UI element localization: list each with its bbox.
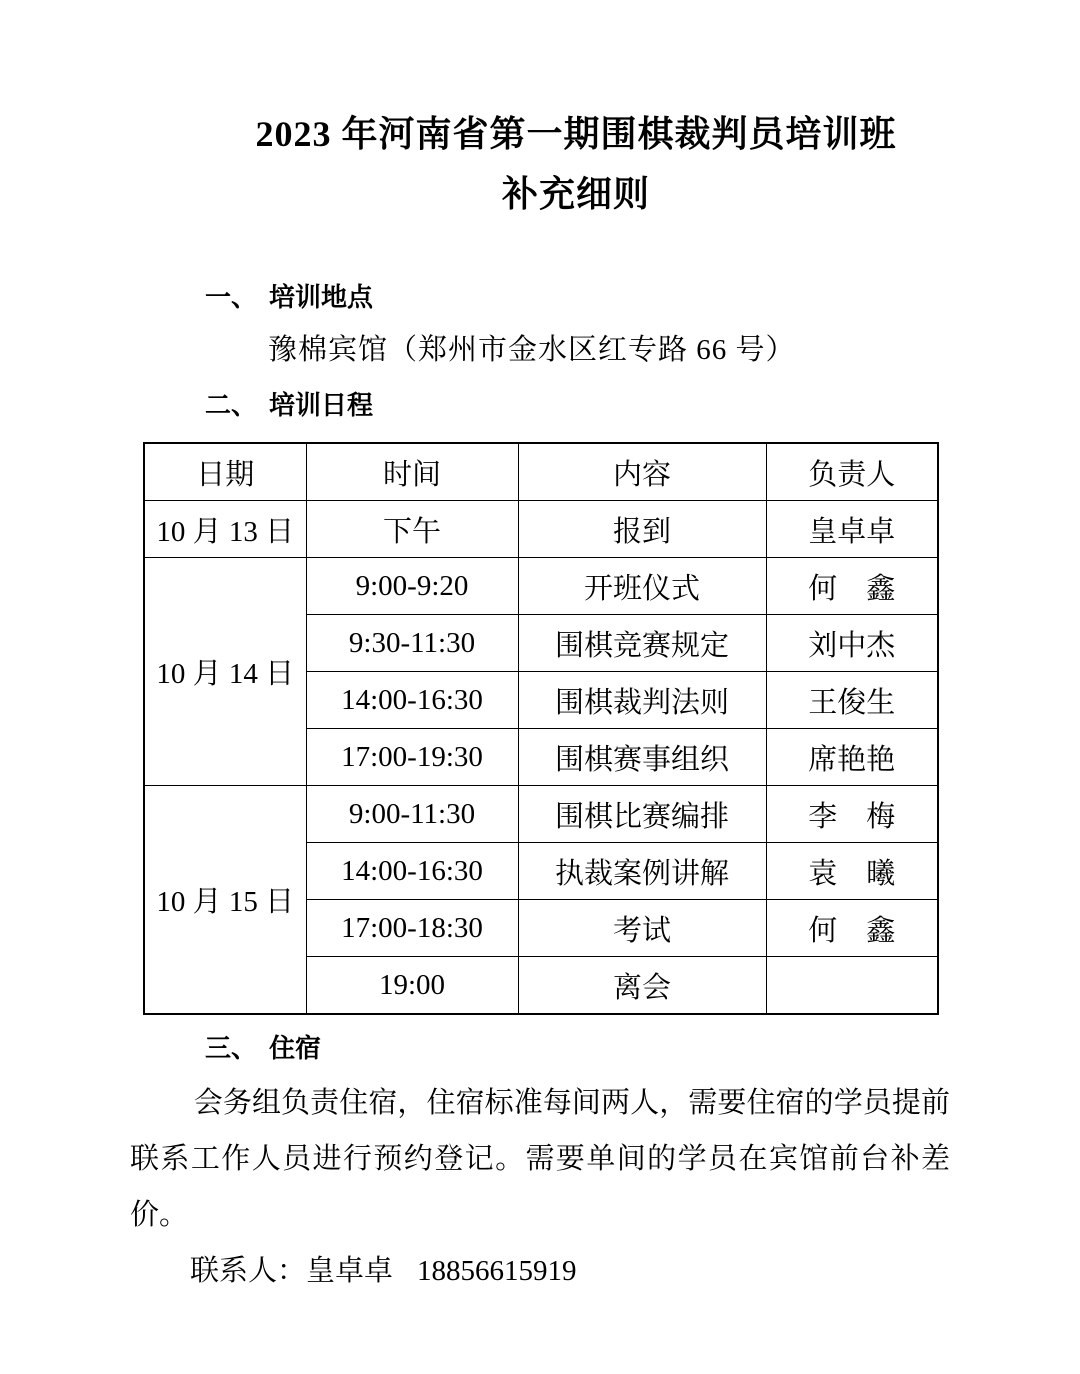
document-title: 2023 年河南省第一期围棋裁判员培训班 补充细则 — [130, 104, 950, 224]
person-cell: 席艳艳 — [766, 729, 938, 786]
section-2-number: 二、 — [205, 391, 257, 420]
person-cell: 袁 曦 — [766, 843, 938, 900]
content-cell: 离会 — [518, 957, 766, 1015]
section-2-label: 培训日程 — [269, 391, 373, 420]
content-cell: 执裁案例讲解 — [518, 843, 766, 900]
time-cell: 下午 — [306, 501, 518, 558]
section-3-number: 三、 — [205, 1034, 257, 1063]
accommodation-paragraph: 会务组负责住宿，住宿标准每间两人，需要住宿的学员提前联系工作人员进行预约登记。需… — [130, 1075, 950, 1243]
schedule-table: 日期 时间 内容 负责人 10 月 13 日 下午 报到 皇卓卓 10 月 14… — [143, 442, 939, 1015]
person-cell: 何 鑫 — [766, 558, 938, 615]
schedule-row: 10 月 15 日 9:00-11:30 围棋比赛编排 李 梅 — [144, 786, 938, 843]
contact-phone: 18856615919 — [417, 1255, 577, 1287]
time-cell: 14:00-16:30 — [306, 843, 518, 900]
time-cell: 14:00-16:30 — [306, 672, 518, 729]
section-3-heading: 三、住宿 — [205, 1031, 950, 1067]
time-cell: 17:00-19:30 — [306, 729, 518, 786]
document-page: 2023 年河南省第一期围棋裁判员培训班 补充细则 一、培训地点 豫棉宾馆（郑州… — [0, 0, 1080, 1374]
person-cell: 王俊生 — [766, 672, 938, 729]
column-header-person: 负责人 — [766, 443, 938, 501]
section-1-heading: 一、培训地点 — [205, 280, 950, 316]
section-3-label: 住宿 — [269, 1034, 321, 1063]
person-cell — [766, 957, 938, 1015]
schedule-table-wrapper: 日期 时间 内容 负责人 10 月 13 日 下午 报到 皇卓卓 10 月 14… — [143, 442, 950, 1015]
schedule-header-row: 日期 时间 内容 负责人 — [144, 443, 938, 501]
content-cell: 考试 — [518, 900, 766, 957]
contact-label: 联系人： — [190, 1255, 306, 1287]
title-line-2: 补充细则 — [202, 164, 950, 224]
section-2-heading: 二、培训日程 — [205, 388, 950, 424]
date-cell: 10 月 13 日 — [144, 501, 306, 558]
time-cell: 9:30-11:30 — [306, 615, 518, 672]
date-cell: 10 月 15 日 — [144, 786, 306, 1015]
content-cell: 围棋裁判法则 — [518, 672, 766, 729]
column-header-time: 时间 — [306, 443, 518, 501]
content-cell: 开班仪式 — [518, 558, 766, 615]
column-header-content: 内容 — [518, 443, 766, 501]
schedule-row: 10 月 14 日 9:00-9:20 开班仪式 何 鑫 — [144, 558, 938, 615]
content-cell: 围棋赛事组织 — [518, 729, 766, 786]
time-cell: 9:00-11:30 — [306, 786, 518, 843]
person-cell: 刘中杰 — [766, 615, 938, 672]
time-cell: 19:00 — [306, 957, 518, 1015]
training-location-text: 豫棉宾馆（郑州市金水区红专路 66 号） — [268, 332, 950, 368]
person-cell: 李 梅 — [766, 786, 938, 843]
person-cell: 何 鑫 — [766, 900, 938, 957]
section-1-number: 一、 — [205, 283, 257, 312]
person-cell: 皇卓卓 — [766, 501, 938, 558]
content-cell: 围棋竞赛规定 — [518, 615, 766, 672]
schedule-row: 10 月 13 日 下午 报到 皇卓卓 — [144, 501, 938, 558]
time-cell: 17:00-18:30 — [306, 900, 518, 957]
contact-line: 联系人：皇卓卓18856615919 — [190, 1251, 950, 1291]
date-cell: 10 月 14 日 — [144, 558, 306, 786]
time-cell: 9:00-9:20 — [306, 558, 518, 615]
contact-name: 皇卓卓 — [306, 1255, 393, 1287]
title-line-1: 2023 年河南省第一期围棋裁判员培训班 — [202, 104, 950, 164]
section-1-label: 培训地点 — [269, 283, 373, 312]
content-cell: 报到 — [518, 501, 766, 558]
column-header-date: 日期 — [144, 443, 306, 501]
content-cell: 围棋比赛编排 — [518, 786, 766, 843]
